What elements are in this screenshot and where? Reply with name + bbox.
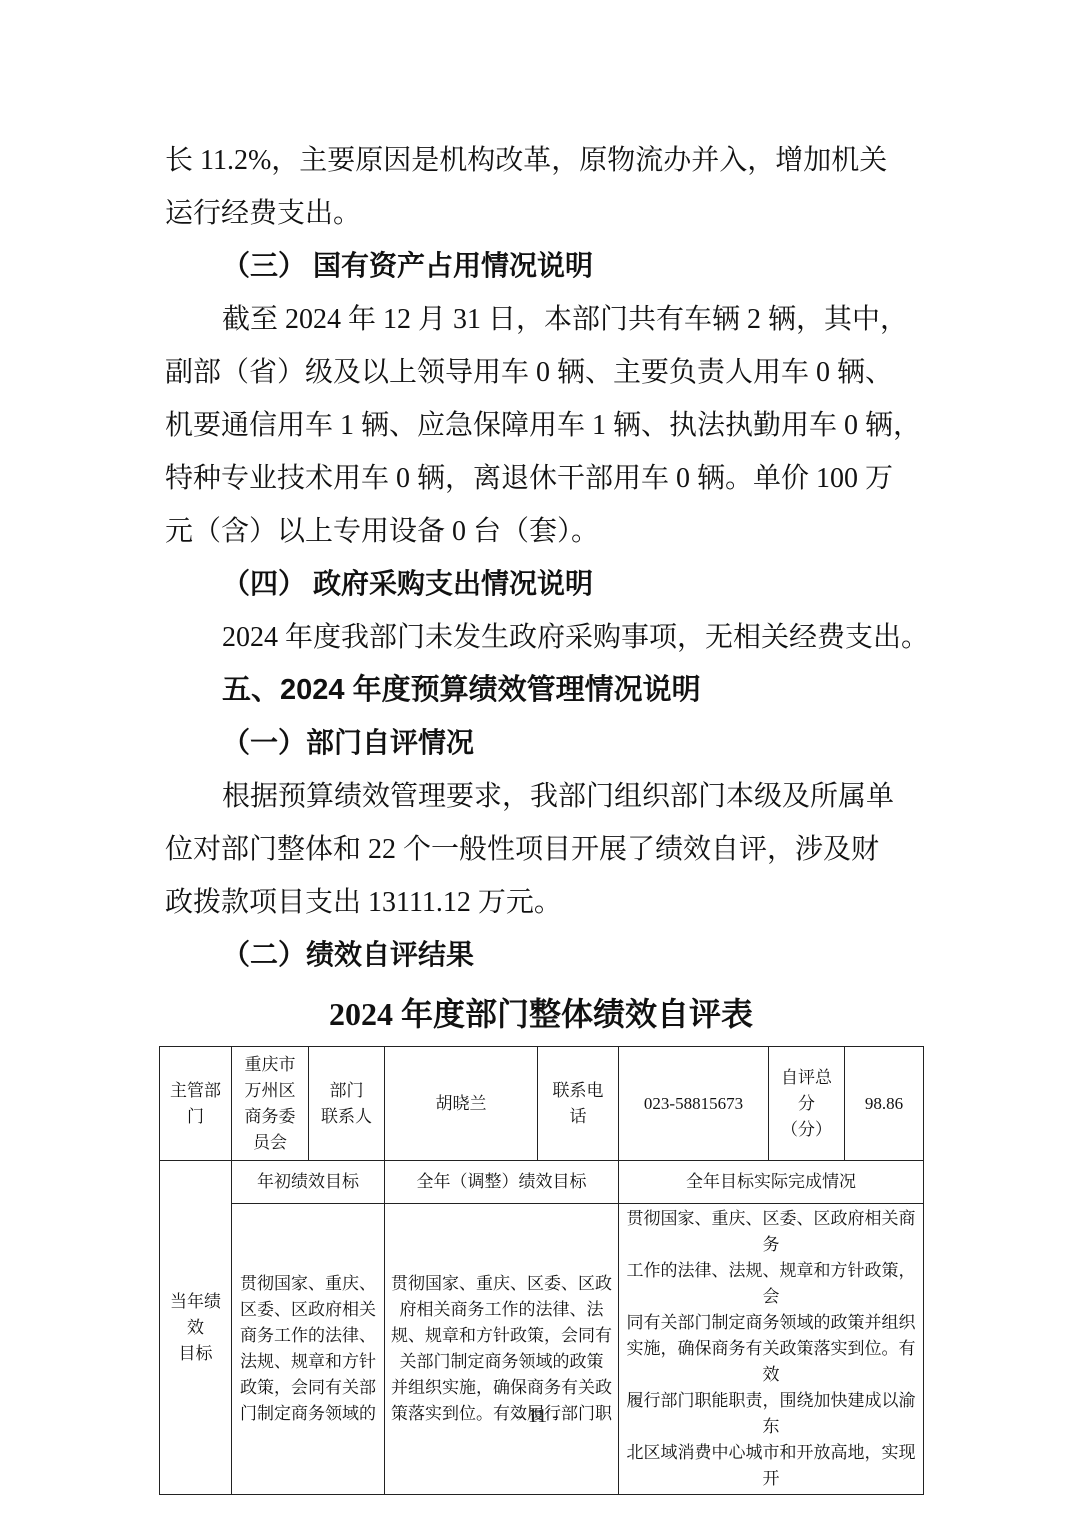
- heading-gov-procurement: （四） 政府采购支出情况说明: [165, 558, 927, 611]
- body-line: 位对部门整体和 22 个一般性项目开展了绩效自评，涉及财: [165, 823, 927, 876]
- table-title: 2024 年度部门整体绩效自评表: [159, 988, 923, 1041]
- cell-goal-header-actual: 全年目标实际完成情况: [619, 1161, 924, 1204]
- cell-current-year-goal-label: 当年绩 效 目标: [160, 1161, 232, 1495]
- page-number: - 11 -: [0, 1405, 1075, 1428]
- cell-phone-label: 联系电 话: [538, 1047, 619, 1161]
- heading-self-evaluation-result: （二）绩效自评结果: [165, 929, 927, 982]
- cell-contact-label: 部门 联系人: [309, 1047, 385, 1161]
- body-line: 根据预算绩效管理要求，我部门组织部门本级及所属单: [165, 770, 927, 823]
- cell-goal-header-adjusted: 全年（调整）绩效目标: [385, 1161, 619, 1204]
- heading-budget-performance: 五、2024 年度预算绩效管理情况说明: [165, 664, 927, 717]
- body-line: 政拨款项目支出 13111.12 万元。: [165, 876, 927, 929]
- body-line: 特种专业技术用车 0 辆，离退休干部用车 0 辆。单价 100 万: [165, 452, 927, 505]
- body-line: 截至 2024 年 12 月 31 日，本部门共有车辆 2 辆，其中，: [165, 293, 927, 346]
- body-line: 副部（省）级及以上领导用车 0 辆、主要负责人用车 0 辆、: [165, 346, 927, 399]
- document-body: 长 11.2%，主要原因是机构改革，原物流办并入，增加机关 运行经费支出。 （三…: [165, 134, 927, 982]
- table-row: 贯彻国家、重庆、 区委、区政府相关 商务工作的法律、 法规、规章和方针 政策，会…: [160, 1204, 924, 1495]
- document-page: 长 11.2%，主要原因是机构改革，原物流办并入，增加机关 运行经费支出。 （三…: [0, 0, 1075, 1520]
- cell-contact-value: 胡晓兰: [385, 1047, 538, 1161]
- cell-supervisor-value: 重庆市 万州区 商务委 员会: [232, 1047, 309, 1161]
- cell-goal-adjusted: 贯彻国家、重庆、区委、区政 府相关商务工作的法律、法 规、规章和方针政策，会同有…: [385, 1204, 619, 1495]
- cell-goal-initial: 贯彻国家、重庆、 区委、区政府相关 商务工作的法律、 法规、规章和方针 政策，会…: [232, 1204, 385, 1495]
- body-line: 元（含）以上专用设备 0 台（套）。: [165, 505, 927, 558]
- body-line: 长 11.2%，主要原因是机构改革，原物流办并入，增加机关: [165, 134, 927, 187]
- body-line: 运行经费支出。: [165, 187, 927, 240]
- cell-score-label: 自评总 分 （分）: [769, 1047, 845, 1161]
- table-row: 主管部 门 重庆市 万州区 商务委 员会 部门 联系人 胡晓兰 联系电 话 02…: [160, 1047, 924, 1161]
- body-line: 机要通信用车 1 辆、应急保障用车 1 辆、执法执勤用车 0 辆，: [165, 399, 927, 452]
- heading-self-evaluation: （一）部门自评情况: [165, 717, 927, 770]
- cell-score-value: 98.86: [845, 1047, 924, 1161]
- cell-phone-value: 023-58815673: [619, 1047, 769, 1161]
- table-row: 当年绩 效 目标 年初绩效目标 全年（调整）绩效目标 全年目标实际完成情况: [160, 1161, 924, 1204]
- body-line: 2024 年度我部门未发生政府采购事项，无相关经费支出。: [165, 611, 927, 664]
- heading-state-assets: （三） 国有资产占用情况说明: [165, 240, 927, 293]
- cell-goal-header-initial: 年初绩效目标: [232, 1161, 385, 1204]
- cell-supervisor-label: 主管部 门: [160, 1047, 232, 1161]
- cell-goal-actual: 贯彻国家、重庆、区委、区政府相关商务 工作的法律、法规、规章和方针政策，会 同有…: [619, 1204, 924, 1495]
